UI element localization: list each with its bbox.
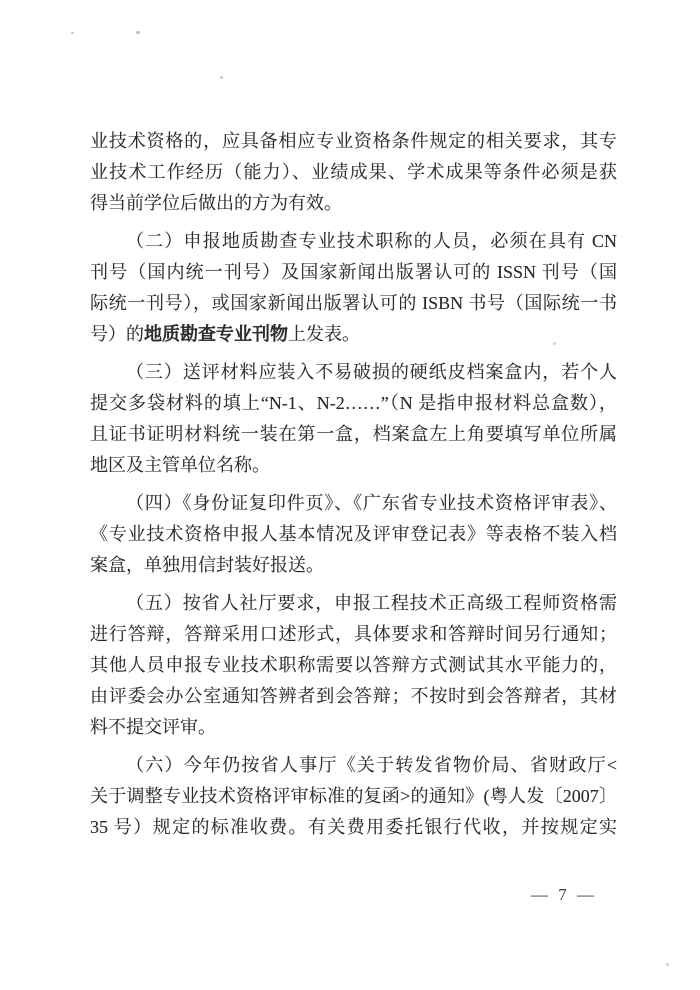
text-line: 提交多袋材料的填上“N-1、N-2……”（N 是指申报材料总盒数）， <box>90 388 617 419</box>
text-line: 刊号（国内统一刊号）及国家新闻出版署认可的 ISSN 刊号（国 <box>90 257 617 288</box>
text-line: 《专业技术资格申报人基本情况及评审登记表》等表格不装入档 <box>90 519 617 550</box>
text-line: 其他人员申报专业技术职称需要以答辩方式测试其水平能力的， <box>90 650 617 681</box>
text-line: 料不提交评审。 <box>90 712 617 743</box>
document-body: 业技术资格的，应具备相应专业资格条件规定的相关要求，其专业技术工作经历（能力）、… <box>90 126 617 843</box>
scan-speck <box>136 31 140 34</box>
text-line: 关于调整专业技术资格评审标准的复函>的通知》(粤人发〔2007〕 <box>90 781 617 812</box>
text-line: 由评委会办公室通知答辨者到会答辩；不按时到会答辩者，其材 <box>90 681 617 712</box>
scan-speck <box>666 963 669 966</box>
bold-text-segment: 地质勘查专业刊物 <box>144 324 288 344</box>
text-line: 业技术工作经历（能力）、业绩成果、学术成果等条件必须是获 <box>90 157 617 188</box>
text-segment: 《专业技术资格申报人基本情况及评审登记表》等表格不装入档 <box>90 524 617 544</box>
text-segment: 案盒，单独用信封装好报送。 <box>90 555 324 575</box>
text-line: （六）今年仍按省人事厅《关于转发省物价局、省财政厅< <box>90 750 617 781</box>
paragraph: （三）送评材料应装入不易破损的硬纸皮档案盒内，若个人提交多袋材料的填上“N-1、… <box>90 357 617 481</box>
paragraph: （二）申报地质勘查专业技术职称的人员，必须在具有 CN刊号（国内统一刊号）及国家… <box>90 226 617 350</box>
scan-speck <box>553 342 556 345</box>
text-segment: （三）送评材料应装入不易破损的硬纸皮档案盒内，若个人 <box>126 362 617 382</box>
document-page: 业技术资格的，应具备相应专业资格条件规定的相关要求，其专业技术工作经历（能力）、… <box>0 0 700 990</box>
scan-speck <box>220 76 223 79</box>
text-segment: （六）今年仍按省人事厅《关于转发省物价局、省财政厅< <box>126 755 617 775</box>
text-line: （二）申报地质勘查专业技术职称的人员，必须在具有 CN <box>90 226 617 257</box>
text-segment: 由评委会办公室通知答辨者到会答辩；不按时到会答辩者，其材 <box>90 686 617 706</box>
text-segment: 提交多袋材料的填上“N-1、N-2……”（N 是指申报材料总盒数）， <box>90 393 617 413</box>
text-line: 得当前学位后做出的方为有效。 <box>90 188 617 219</box>
text-segment: 地区及主管单位名称。 <box>90 455 270 475</box>
text-segment: 其他人员申报专业技术职称需要以答辩方式测试其水平能力的， <box>90 655 617 675</box>
paragraph: （五）按省人社厅要求，申报工程技术正高级工程师资格需进行答辩，答辩采用口述形式，… <box>90 588 617 743</box>
paragraph: 业技术资格的，应具备相应专业资格条件规定的相关要求，其专业技术工作经历（能力）、… <box>90 126 617 219</box>
text-segment: （四）《身份证复印件页》、《广东省专业技术资格评审表》、 <box>126 493 617 513</box>
text-segment: 业技术工作经历（能力）、业绩成果、学术成果等条件必须是获 <box>90 162 617 182</box>
text-line: 进行答辩，答辩采用口述形式，具体要求和答辩时间另行通知； <box>90 619 617 650</box>
text-segment: 料不提交评审。 <box>90 717 216 737</box>
text-segment: 业技术资格的，应具备相应专业资格条件规定的相关要求，其专 <box>90 131 617 151</box>
paragraph: （六）今年仍按省人事厅《关于转发省物价局、省财政厅<关于调整专业技术资格评审标准… <box>90 750 617 843</box>
text-segment: 关于调整专业技术资格评审标准的复函>的通知》(粤人发〔2007〕 <box>90 786 617 806</box>
text-segment: （五）按省人社厅要求，申报工程技术正高级工程师资格需 <box>126 593 617 613</box>
text-line: （四）《身份证复印件页》、《广东省专业技术资格评审表》、 <box>90 488 617 519</box>
text-line: （五）按省人社厅要求，申报工程技术正高级工程师资格需 <box>90 588 617 619</box>
text-line: 号）的地质勘查专业刊物上发表。 <box>90 319 617 350</box>
text-segment: 35 号）规定的标准收费。有关费用委托银行代收，并按规定实 <box>90 817 617 837</box>
text-segment: 号）的 <box>90 324 144 344</box>
text-line: 案盒，单独用信封装好报送。 <box>90 550 617 581</box>
text-segment: 刊号（国内统一刊号）及国家新闻出版署认可的 ISSN 刊号（国 <box>90 262 617 282</box>
text-segment: 上发表。 <box>288 324 360 344</box>
text-line: 际统一刊号），或国家新闻出版署认可的 ISBN 书号（国际统一书 <box>90 288 617 319</box>
text-line: 且证书证明材料统一装在第一盒，档案盒左上角要填写单位所属 <box>90 419 617 450</box>
text-segment: （二）申报地质勘查专业技术职称的人员，必须在具有 CN <box>126 231 617 251</box>
text-line: （三）送评材料应装入不易破损的硬纸皮档案盒内，若个人 <box>90 357 617 388</box>
paragraph: （四）《身份证复印件页》、《广东省专业技术资格评审表》、《专业技术资格申报人基本… <box>90 488 617 581</box>
text-segment: 得当前学位后做出的方为有效。 <box>90 193 342 213</box>
text-line: 地区及主管单位名称。 <box>90 450 617 481</box>
text-line: 35 号）规定的标准收费。有关费用委托银行代收，并按规定实 <box>90 812 617 843</box>
text-segment: 进行答辩，答辩采用口述形式，具体要求和答辩时间另行通知； <box>90 624 617 644</box>
scan-speck <box>71 32 74 34</box>
page-number: — 7 — <box>531 885 597 905</box>
text-segment: 且证书证明材料统一装在第一盒，档案盒左上角要填写单位所属 <box>90 424 617 444</box>
text-line: 业技术资格的，应具备相应专业资格条件规定的相关要求，其专 <box>90 126 617 157</box>
text-segment: 际统一刊号），或国家新闻出版署认可的 ISBN 书号（国际统一书 <box>90 293 617 313</box>
